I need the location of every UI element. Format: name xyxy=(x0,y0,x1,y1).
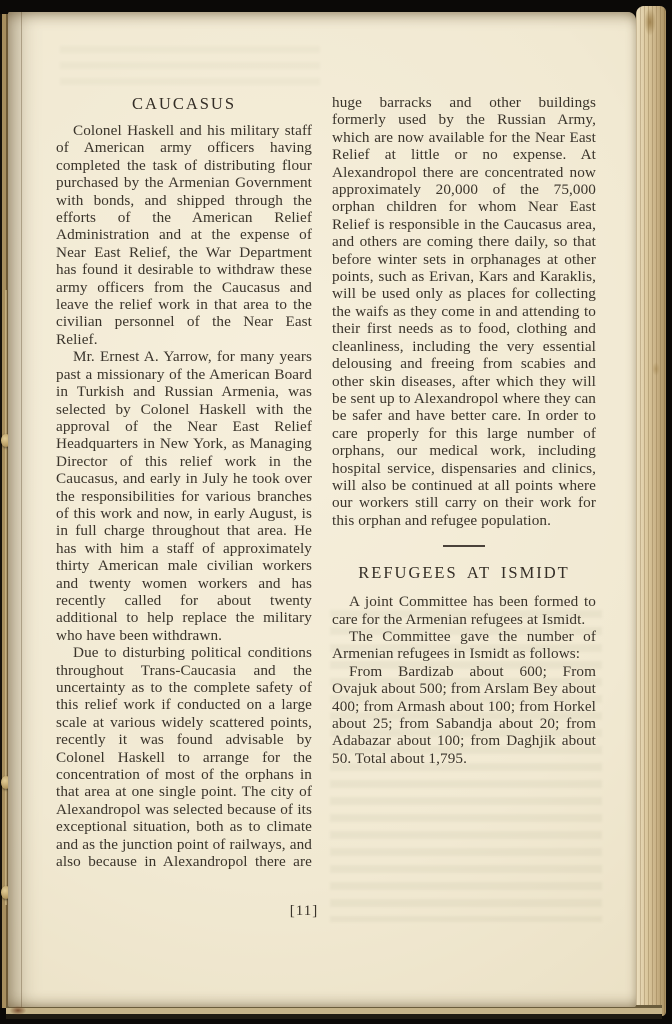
paragraph-continuation: huge barracks and other buildings former… xyxy=(332,94,596,529)
photo-background: CAUCASUS Colonel Haskell and his militar… xyxy=(0,0,672,1024)
paragraph: Colonel Haskell and his military staff o… xyxy=(56,122,312,348)
paragraph: Mr. Ernest A. Yarrow, for many years pas… xyxy=(56,348,312,644)
binding-thread xyxy=(5,290,7,905)
show-through-ghosting xyxy=(60,46,320,94)
paragraph: Due to disturbing political conditions t… xyxy=(56,644,312,870)
section-heading-refugees: REFUGEES AT ISMIDT xyxy=(332,563,596,583)
right-column: huge barracks and other buildings former… xyxy=(332,94,596,870)
page-text-block: CAUCASUS Colonel Haskell and his militar… xyxy=(56,94,596,870)
page-number: [11] xyxy=(8,903,600,920)
book-page: CAUCASUS Colonel Haskell and his militar… xyxy=(8,12,636,1007)
paragraph: From Bardizab about 600; From Ovajuk abo… xyxy=(332,663,596,767)
bottom-page-edge xyxy=(6,1005,662,1019)
page-stack-edge xyxy=(636,6,666,1016)
left-column: CAUCASUS Colonel Haskell and his militar… xyxy=(56,94,312,870)
section-heading-caucasus: CAUCASUS xyxy=(56,94,312,114)
paragraph: The Committee gave the number of Armenia… xyxy=(332,628,596,663)
paragraph: A joint Committee has been formed to car… xyxy=(332,593,596,628)
section-divider xyxy=(443,545,485,547)
